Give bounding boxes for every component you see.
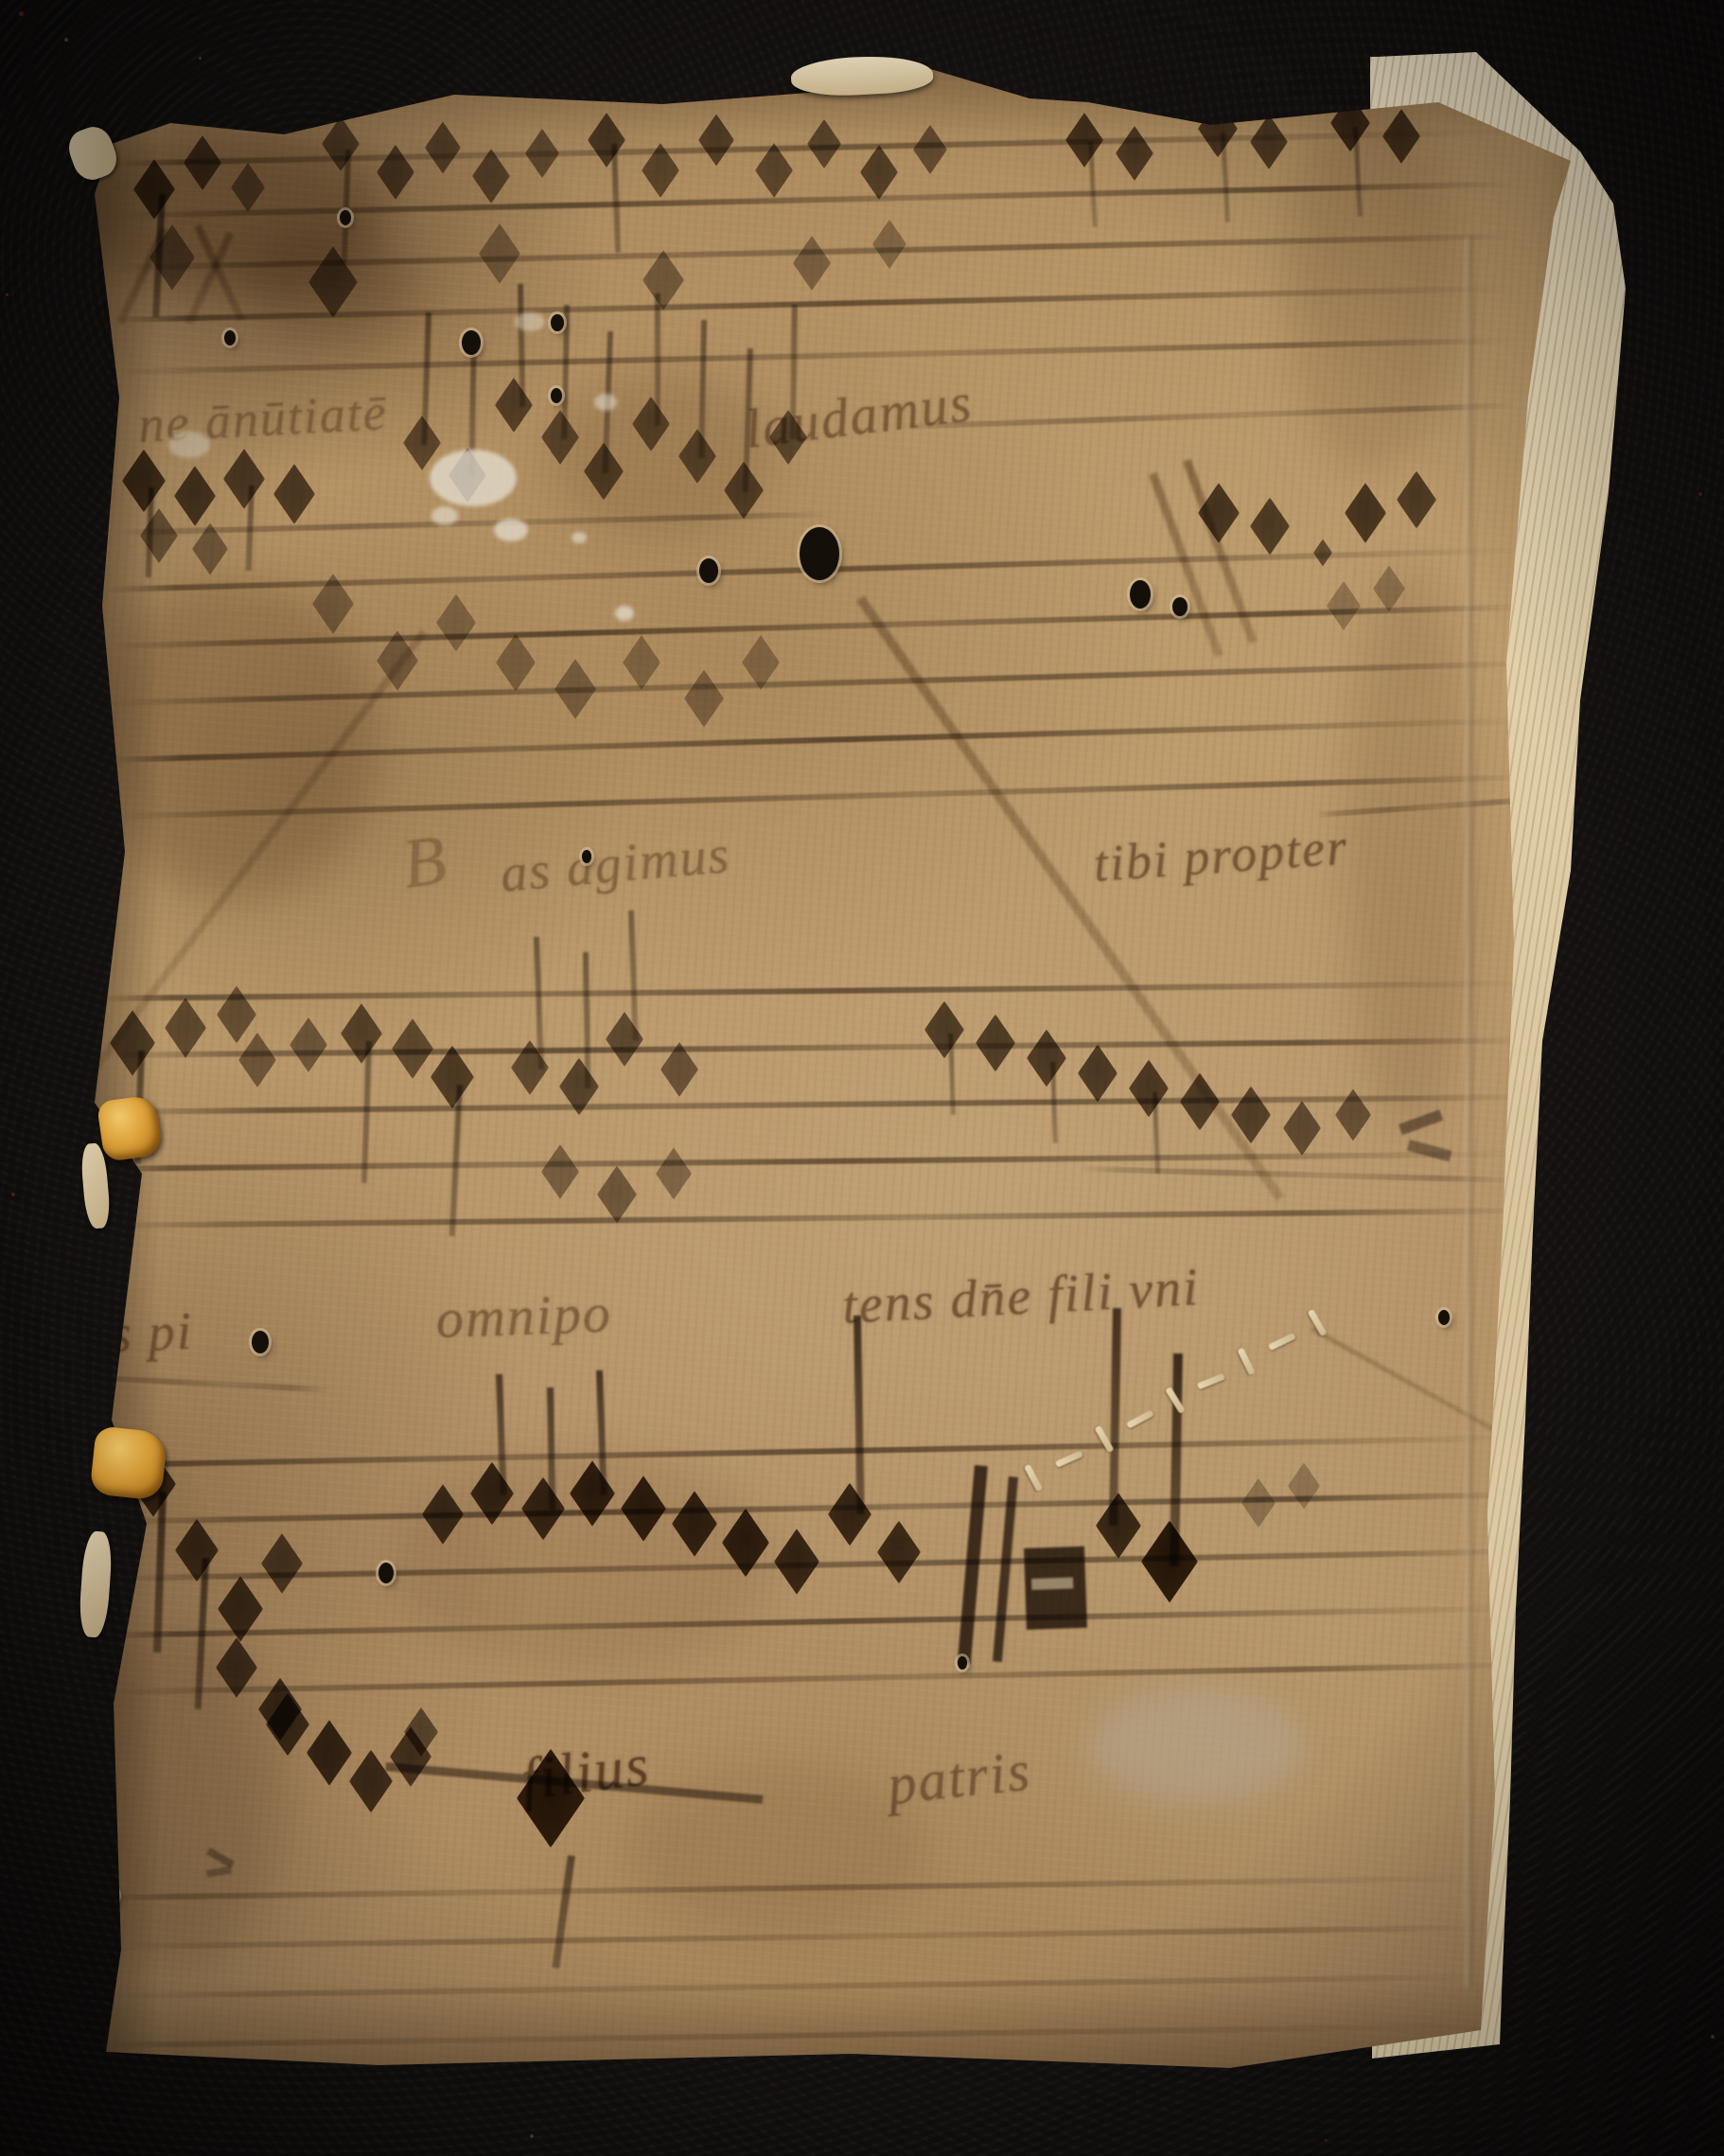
stave-line-fragment bbox=[85, 1374, 331, 1393]
worm-hole bbox=[224, 330, 236, 345]
worm-hole bbox=[1172, 597, 1187, 616]
worm-hole bbox=[582, 850, 591, 863]
flaked-patch bbox=[594, 394, 617, 411]
inscription: s pi bbox=[110, 1301, 195, 1365]
worm-hole bbox=[1438, 1310, 1450, 1325]
felt-speck bbox=[11, 1193, 15, 1196]
parchment-sliver bbox=[78, 1530, 114, 1638]
stave-line bbox=[100, 1094, 1529, 1115]
stave-line bbox=[101, 1151, 1530, 1172]
note-diamond bbox=[273, 464, 315, 524]
note-diamond bbox=[349, 1750, 393, 1813]
stave-line bbox=[107, 1662, 1526, 1695]
music-stave bbox=[104, 1876, 1488, 2092]
stave-line bbox=[102, 1208, 1531, 1228]
worm-hole bbox=[800, 527, 839, 580]
flaked-patch bbox=[430, 450, 517, 506]
flaked-patch bbox=[431, 506, 458, 525]
worm-hole bbox=[378, 1563, 394, 1583]
worm-hole bbox=[699, 558, 718, 583]
inscription: e bbox=[91, 1762, 116, 1823]
worm-hole bbox=[103, 1886, 118, 1905]
felt-speck bbox=[6, 293, 9, 296]
stave-line bbox=[105, 1974, 1487, 1999]
felt-speck bbox=[1711, 2035, 1715, 2039]
note-diamond bbox=[1198, 483, 1240, 543]
fold-crease bbox=[1465, 237, 1473, 1988]
photo-background: ne ānūtiatēlaudamusBas agimustibi propte… bbox=[0, 0, 1724, 2156]
manuscript-book: ne ānūtiatēlaudamusBas agimustibi propte… bbox=[83, 55, 1626, 2080]
felt-speck bbox=[64, 38, 68, 42]
flaked-patch bbox=[572, 532, 587, 543]
worm-hole bbox=[551, 314, 564, 331]
stave-line bbox=[105, 1925, 1487, 1950]
note-diamond bbox=[1250, 498, 1290, 556]
parchment-cover: ne ānūtiatēlaudamusBas agimustibi propte… bbox=[83, 55, 1626, 2080]
sewing-support-tab bbox=[89, 1425, 167, 1501]
manuscript-scene-layer: ne ānūtiatēlaudamusBas agimustibi propte… bbox=[0, 0, 1724, 2156]
stave-line bbox=[111, 717, 1530, 763]
worm-hole bbox=[83, 898, 97, 915]
flaked-patch bbox=[615, 606, 634, 621]
repair-stitch bbox=[1237, 1347, 1255, 1375]
inscription: filius bbox=[518, 1732, 654, 1814]
repair-stitch bbox=[1197, 1373, 1225, 1390]
felt-speck bbox=[1698, 492, 1702, 496]
stave-line bbox=[102, 1435, 1522, 1468]
stave-line bbox=[116, 337, 1517, 375]
repair-stitch bbox=[1126, 1409, 1154, 1428]
felt-speck bbox=[530, 2134, 534, 2138]
parchment-sliver bbox=[79, 1142, 112, 1229]
stave-line bbox=[109, 661, 1528, 706]
worm-hole bbox=[958, 1656, 967, 1670]
note-diamond bbox=[1345, 483, 1386, 543]
barline-gap bbox=[1031, 1577, 1073, 1590]
worm-hole bbox=[462, 330, 481, 355]
flaked-patch bbox=[168, 432, 210, 458]
worm-hole bbox=[340, 210, 351, 225]
note-diamond bbox=[122, 450, 166, 513]
inscription: omnipo bbox=[435, 1281, 613, 1351]
gray-stain bbox=[1088, 1688, 1306, 1805]
felt-speck bbox=[1325, 2139, 1328, 2142]
worm-hole bbox=[551, 388, 562, 403]
flaked-patch bbox=[515, 312, 545, 331]
stave-line bbox=[106, 2023, 1487, 2048]
worm-hole bbox=[1130, 580, 1151, 609]
stave-line bbox=[105, 1605, 1524, 1638]
stave-line bbox=[99, 981, 1528, 1001]
note-diamond bbox=[223, 449, 265, 509]
note-diamond bbox=[1397, 471, 1436, 529]
repair-stitch bbox=[1268, 1333, 1296, 1351]
note-diamond bbox=[174, 466, 216, 526]
stave-line bbox=[113, 181, 1513, 219]
worm-hole bbox=[252, 1331, 269, 1353]
felt-speck bbox=[19, 11, 24, 16]
flaked-patch bbox=[494, 519, 528, 541]
inscription: patris bbox=[885, 1738, 1034, 1818]
